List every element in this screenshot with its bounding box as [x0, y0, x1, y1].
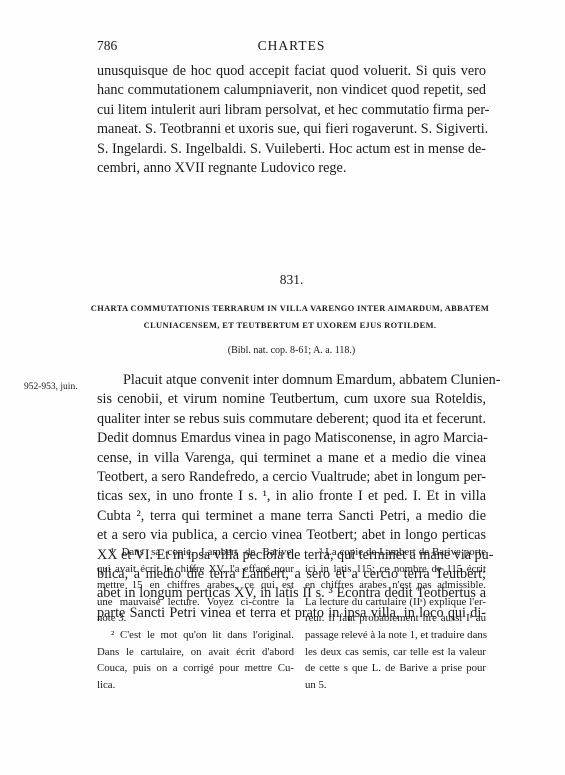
footnote-line: lica. — [97, 677, 294, 694]
footnote-line: de cette s que L. de Barive a prise pour — [305, 660, 486, 677]
footnote-line: mettre 15 en chiffres arabes, ce qui est — [97, 577, 294, 594]
source-reference: (Bibl. nat. cop. 8-61; A. a. 118.) — [97, 345, 486, 356]
footnote-line: reur. Il faut probablement lire aussi Iˢ… — [305, 610, 486, 627]
continuation-paragraph: unusquisque de hoc quod accepit faciat q… — [97, 62, 486, 178]
text-line: unusquisque de hoc quod accepit faciat q… — [97, 62, 486, 81]
footnote-line: qui avait écrit le chiffre XV, l'a effac… — [97, 561, 294, 578]
text-line: hanc commutationem calumpniaverit, non v… — [97, 81, 486, 100]
footnote-line: ³ La copie de Lambert de Barive porte — [305, 544, 486, 561]
text-line: maneat. S. Teotbranni et uxoris sue, qui… — [97, 120, 486, 139]
text-line: Placuit atque convenit inter domnum Emar… — [97, 371, 486, 390]
text-line: qualiter inter se rebus suis commutare d… — [97, 410, 486, 429]
text-line: et a sero via publica, a cercio vinea Te… — [97, 526, 486, 545]
footnote-line: passage relevé à la note 1, et traduire … — [305, 627, 486, 644]
footnote-line: ici in latis 115; ce nombre de 115 écrit — [305, 561, 486, 578]
footnote-line: La lecture du cartulaire (IIˢ) explique … — [305, 594, 486, 611]
text-line: cembri, anno XVII regnante Ludovico rege… — [97, 159, 486, 178]
text-line: sis cenobii, et virum nomine Teutbertum,… — [97, 390, 486, 409]
footnote-line: Dans le cartulaire, on avait écrit d'abo… — [97, 644, 294, 661]
text-line: ticas sex, in uno fronte I s. ¹, in alio… — [97, 487, 486, 506]
running-title: CHARTES — [97, 38, 486, 54]
footnote-line: une mauvaise lecture. Voyez ci-contre la — [97, 594, 294, 611]
footnote-line: ¹ Dans sa copie, Lambert de Barive, — [97, 544, 294, 561]
text-line: Dedit domnus Emardus vinea in pago Matis… — [97, 429, 486, 448]
text-line: Cubta ², terra qui terminet a mane terra… — [97, 507, 486, 526]
footnote-line: note 3. — [97, 610, 294, 627]
footnote-line: les deux cas semis, car telle est la val… — [305, 644, 486, 661]
margin-date: 952-953, juin. — [24, 382, 78, 392]
charter-title: CHARTA COMMUTATIONIS TERRARUM IN VILLA V… — [60, 300, 520, 334]
charter-title-line: CLUNIACENSEM, ET TEUTBERTUM ET UXOREM EJ… — [60, 317, 520, 334]
running-header: 786 CHARTES — [97, 38, 486, 58]
text-line: cui litem intulerit auri libram persolva… — [97, 101, 486, 120]
footnotes-left-column: ¹ Dans sa copie, Lambert de Barive, qui … — [97, 544, 294, 693]
footnotes-right-column: ³ La copie de Lambert de Barive porte ic… — [305, 544, 486, 693]
footnote-line: ² C'est le mot qu'on lit dans l'original… — [97, 627, 294, 644]
footnote-line: en chiffres arabes n'est pas admissible. — [305, 577, 486, 594]
text-line: cense, in villa Varenga, qui terminet a … — [97, 449, 486, 468]
charter-title-line: CHARTA COMMUTATIONIS TERRARUM IN VILLA V… — [60, 300, 520, 317]
charter-number: 831. — [97, 272, 486, 288]
text-line: Teotbert, a sero Randefredo, a cercio Vu… — [97, 468, 486, 487]
text-line: S. Ingelardi. S. Ingelbaldi. S. Vuileber… — [97, 140, 486, 159]
footnote-line: un 5. — [305, 677, 486, 694]
document-page: 786 CHARTES unusquisque de hoc quod acce… — [0, 0, 565, 775]
footnote-line: Couca, puis on a corrigé pour mettre Cu- — [97, 660, 294, 677]
